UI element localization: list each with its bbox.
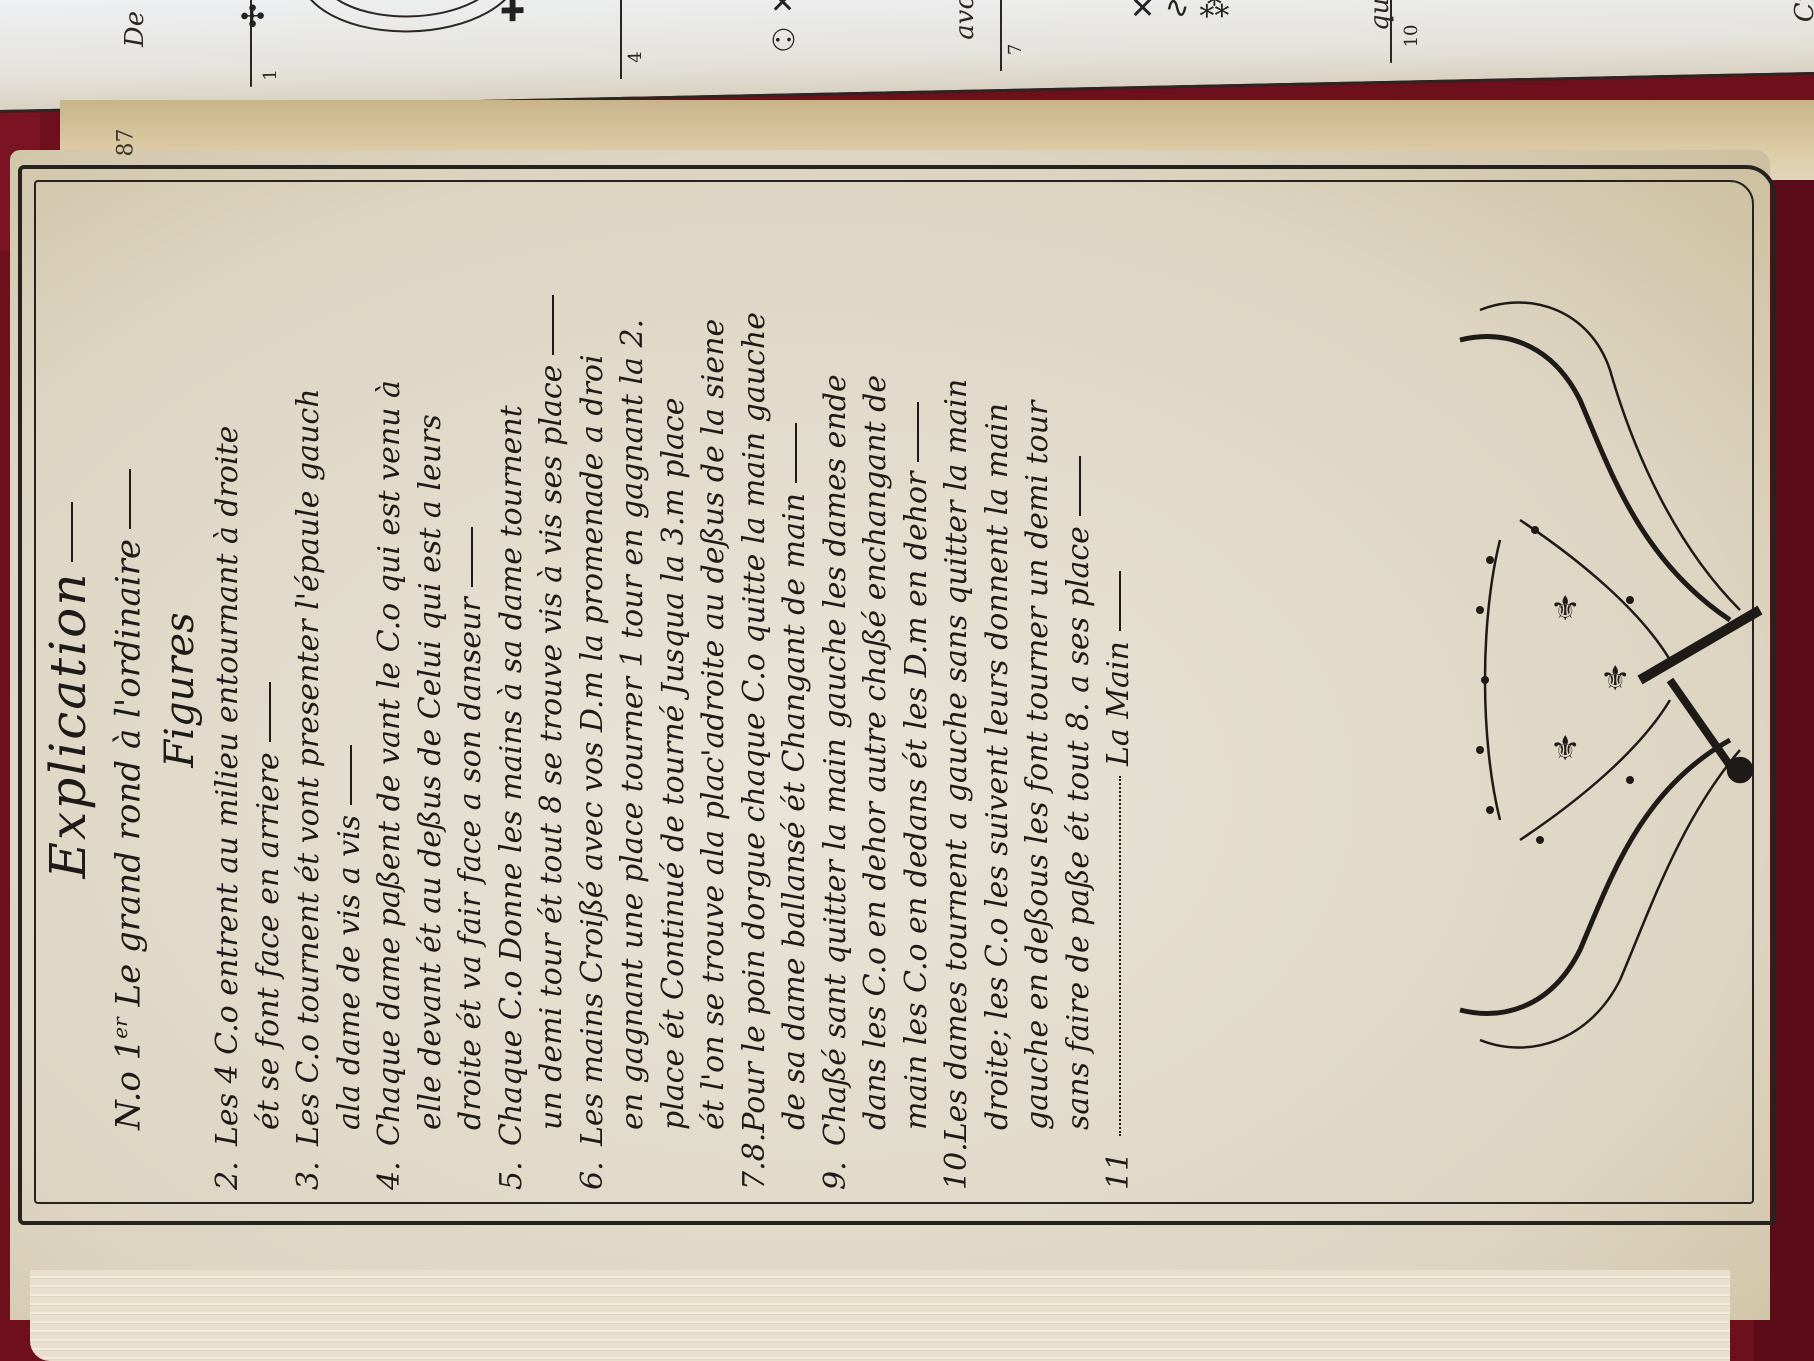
svg-text:⚜: ⚜ — [1600, 659, 1630, 699]
flourish-dash — [1119, 571, 1121, 631]
flourish-dash — [471, 527, 473, 587]
entry-3-cont: ala dame de vis a vis — [330, 190, 371, 1190]
page-number: 87 — [114, 129, 139, 157]
entry-10-cont: gauche en deßous les font tourner un dem… — [1018, 190, 1059, 1190]
facing-figure-number: 7 — [1005, 43, 1026, 55]
entry-line: gauche en deßous les font tourner un dem… — [1020, 401, 1055, 1130]
facing-label: De — [120, 11, 150, 48]
flourish-dash — [350, 745, 352, 805]
dancer-symbol-icon: ✕ — [770, 0, 795, 21]
entry-9-cont: dans les C.o en dehor autre chaßé enchan… — [856, 190, 897, 1190]
facing-cell-5: 10 ✕ ⁂ Croi — [1390, 0, 1814, 63]
svg-text:⚜: ⚜ — [1550, 729, 1580, 769]
facing-label: Croi — [1790, 0, 1814, 23]
title-text: Explication — [39, 572, 97, 879]
entry-line: un demi tour ét tout 8 se trouve vis à v… — [534, 365, 569, 1130]
entry-number: 2. — [208, 1146, 249, 1190]
entry-line: ét se font face en arriere — [251, 752, 286, 1130]
entry-10-cont: droite; les C.o les suivent leurs donnen… — [978, 190, 1019, 1190]
entry-10-cont: sans faire de paße ét tout 8. a ses plac… — [1059, 190, 1100, 1190]
facing-cell-1: De 1 ✣ ✚ — [0, 0, 252, 92]
entry-line: Les dames tournent a gauche sans quitter… — [939, 379, 974, 1143]
flourish-dash — [1079, 456, 1081, 516]
entry-7-8: 7.8.Pour le poin dorgue chaque C.o quitt… — [735, 190, 776, 1190]
entry-number: 6. — [573, 1146, 614, 1190]
entry-2: 2.Les 4 C.o entrent au milieu entournant… — [208, 190, 249, 1190]
dance-subtitle: N.o 1er Le grand rond à l'ordinaire — [96, 190, 152, 1190]
entry-3: 3.Les C.o tournent ét vont presenter l'é… — [289, 190, 330, 1190]
entry-5: 5.Chaque C.o Donne les mains à sa dame t… — [492, 190, 533, 1190]
entry-line: Chaßé sant quitter la main gauche les da… — [818, 374, 853, 1146]
flourish-dash — [71, 502, 73, 562]
entry-number: 9. — [816, 1146, 857, 1190]
entry-2-cont: ét se font face en arriere — [249, 190, 290, 1190]
entry-6-cont: en gagnant une place tourner 1 tour en g… — [613, 190, 654, 1190]
entry-5-cont: un demi tour ét tout 8 se trouve vis à v… — [532, 190, 573, 1190]
entry-11: 11La Main — [1099, 190, 1140, 1190]
entry-line: place ét Continué de tourné Jusqua la 3.… — [656, 398, 691, 1130]
page-edges — [30, 1270, 1730, 1361]
dancer-symbol-icon: ⚇ — [770, 23, 797, 59]
entry-line: Les mains Croißé avec vos D.m la promena… — [575, 354, 610, 1146]
flourish-dash — [129, 469, 131, 529]
facing-cell-3: 4 ✕ ⚇ avos — [620, 0, 1002, 79]
entry-line: droite; les C.o les suivent leurs donnen… — [980, 403, 1015, 1130]
entry-number: 11 — [1099, 1146, 1140, 1190]
entry-6: 6.Les mains Croißé avec vos D.m la prome… — [573, 190, 614, 1190]
entry-line: droite ét va fair face a son danseur — [453, 597, 488, 1130]
entry-4-cont: droite ét va fair face a son danseur — [451, 190, 492, 1190]
entry-line: dans les C.o en dehor autre chaßé enchan… — [858, 375, 893, 1130]
facing-figure-number: 10 — [1401, 24, 1422, 47]
svg-text:⚜: ⚜ — [1550, 589, 1580, 629]
page-title: Explication — [40, 190, 96, 1190]
entry-9: 9.Chaßé sant quitter la main gauche les … — [816, 190, 857, 1190]
entry-line: La Main — [1101, 641, 1136, 766]
entry-9-cont: main les C.o en dedans ét les D.m en deh… — [897, 190, 938, 1190]
entry-line: Les 4 C.o entrent au milieu entournant à… — [210, 426, 245, 1146]
dancer-symbol-icon: ✕ ∿ ⁂ — [1130, 0, 1229, 26]
circle-path-diagram-icon — [280, 0, 540, 54]
entry-line: ala dame de vis a vis — [332, 815, 367, 1130]
dotted-leader — [1119, 776, 1121, 1136]
facing-page-strip: De 1 ✣ ✚ 4 ✕ ⚇ avos 7 ✕ ∿ ⁂ quite 10 ✕ ⁂… — [0, 0, 1814, 113]
entry-10: 10.Les dames tournent a gauche sans quit… — [937, 190, 978, 1190]
entry-6-cont: place ét Continué de tourné Jusqua la 3.… — [654, 190, 695, 1190]
entry-number: 7.8. — [735, 1133, 776, 1190]
flourish-dash — [269, 682, 271, 742]
flourish-dash — [795, 423, 797, 483]
entry-line: Les C.o tournent ét vont presenter l'épa… — [291, 388, 326, 1146]
facing-figure-number: 4 — [625, 51, 646, 63]
subtitle-superscript: er — [108, 1017, 132, 1038]
fleur-de-lis-ornament-icon: ⚜ ⚜ ⚜ — [1440, 280, 1780, 1080]
entry-line: en gagnant une place tourner 1 tour en g… — [615, 319, 650, 1130]
section-heading: Figures — [152, 190, 208, 1190]
entry-line: de sa dame ballansé ét Changant de main — [777, 493, 812, 1130]
subtitle-number: N.o 1 — [108, 1039, 148, 1130]
entry-7-8-cont: de sa dame ballansé ét Changant de main — [775, 190, 816, 1190]
facing-cell-2 — [250, 0, 622, 87]
subtitle-text: Le grand rond à l'ordinaire — [108, 539, 148, 1007]
entry-number: 10. — [937, 1142, 978, 1190]
flourish-dash — [917, 402, 919, 462]
facing-cell-4: 7 ✕ ∿ ⁂ quite — [1000, 0, 1392, 71]
entry-line: Pour le poin dorgue chaque C.o quitte la… — [737, 312, 772, 1133]
entry-line: Chaque C.o Donne les mains à sa dame tou… — [494, 405, 529, 1146]
entry-line: sans faire de paße ét tout 8. a ses plac… — [1061, 526, 1096, 1130]
facing-label: avos — [950, 0, 980, 40]
flourish-dash — [552, 295, 554, 355]
entry-line: Chaque dame paßent de vant le C.o qui es… — [372, 380, 407, 1146]
entry-number: 4. — [370, 1146, 411, 1190]
entry-6-cont: ét l'on se trouve ala plac'adroite au de… — [694, 190, 735, 1190]
entry-4: 4.Chaque dame paßent de vant le C.o qui … — [370, 190, 411, 1190]
entry-line: elle devant ét au deßus de Celui qui est… — [413, 414, 448, 1130]
entry-number: 3. — [289, 1146, 330, 1190]
explanation-text-block: Explication N.o 1er Le grand rond à l'or… — [40, 190, 1440, 1190]
entry-line: main les C.o en dedans ét les D.m en deh… — [899, 472, 934, 1130]
entry-4-cont: elle devant ét au deßus de Celui qui est… — [411, 190, 452, 1190]
entry-line: ét l'on se trouve ala plac'adroite au de… — [696, 319, 731, 1130]
entry-number: 5. — [492, 1146, 533, 1190]
